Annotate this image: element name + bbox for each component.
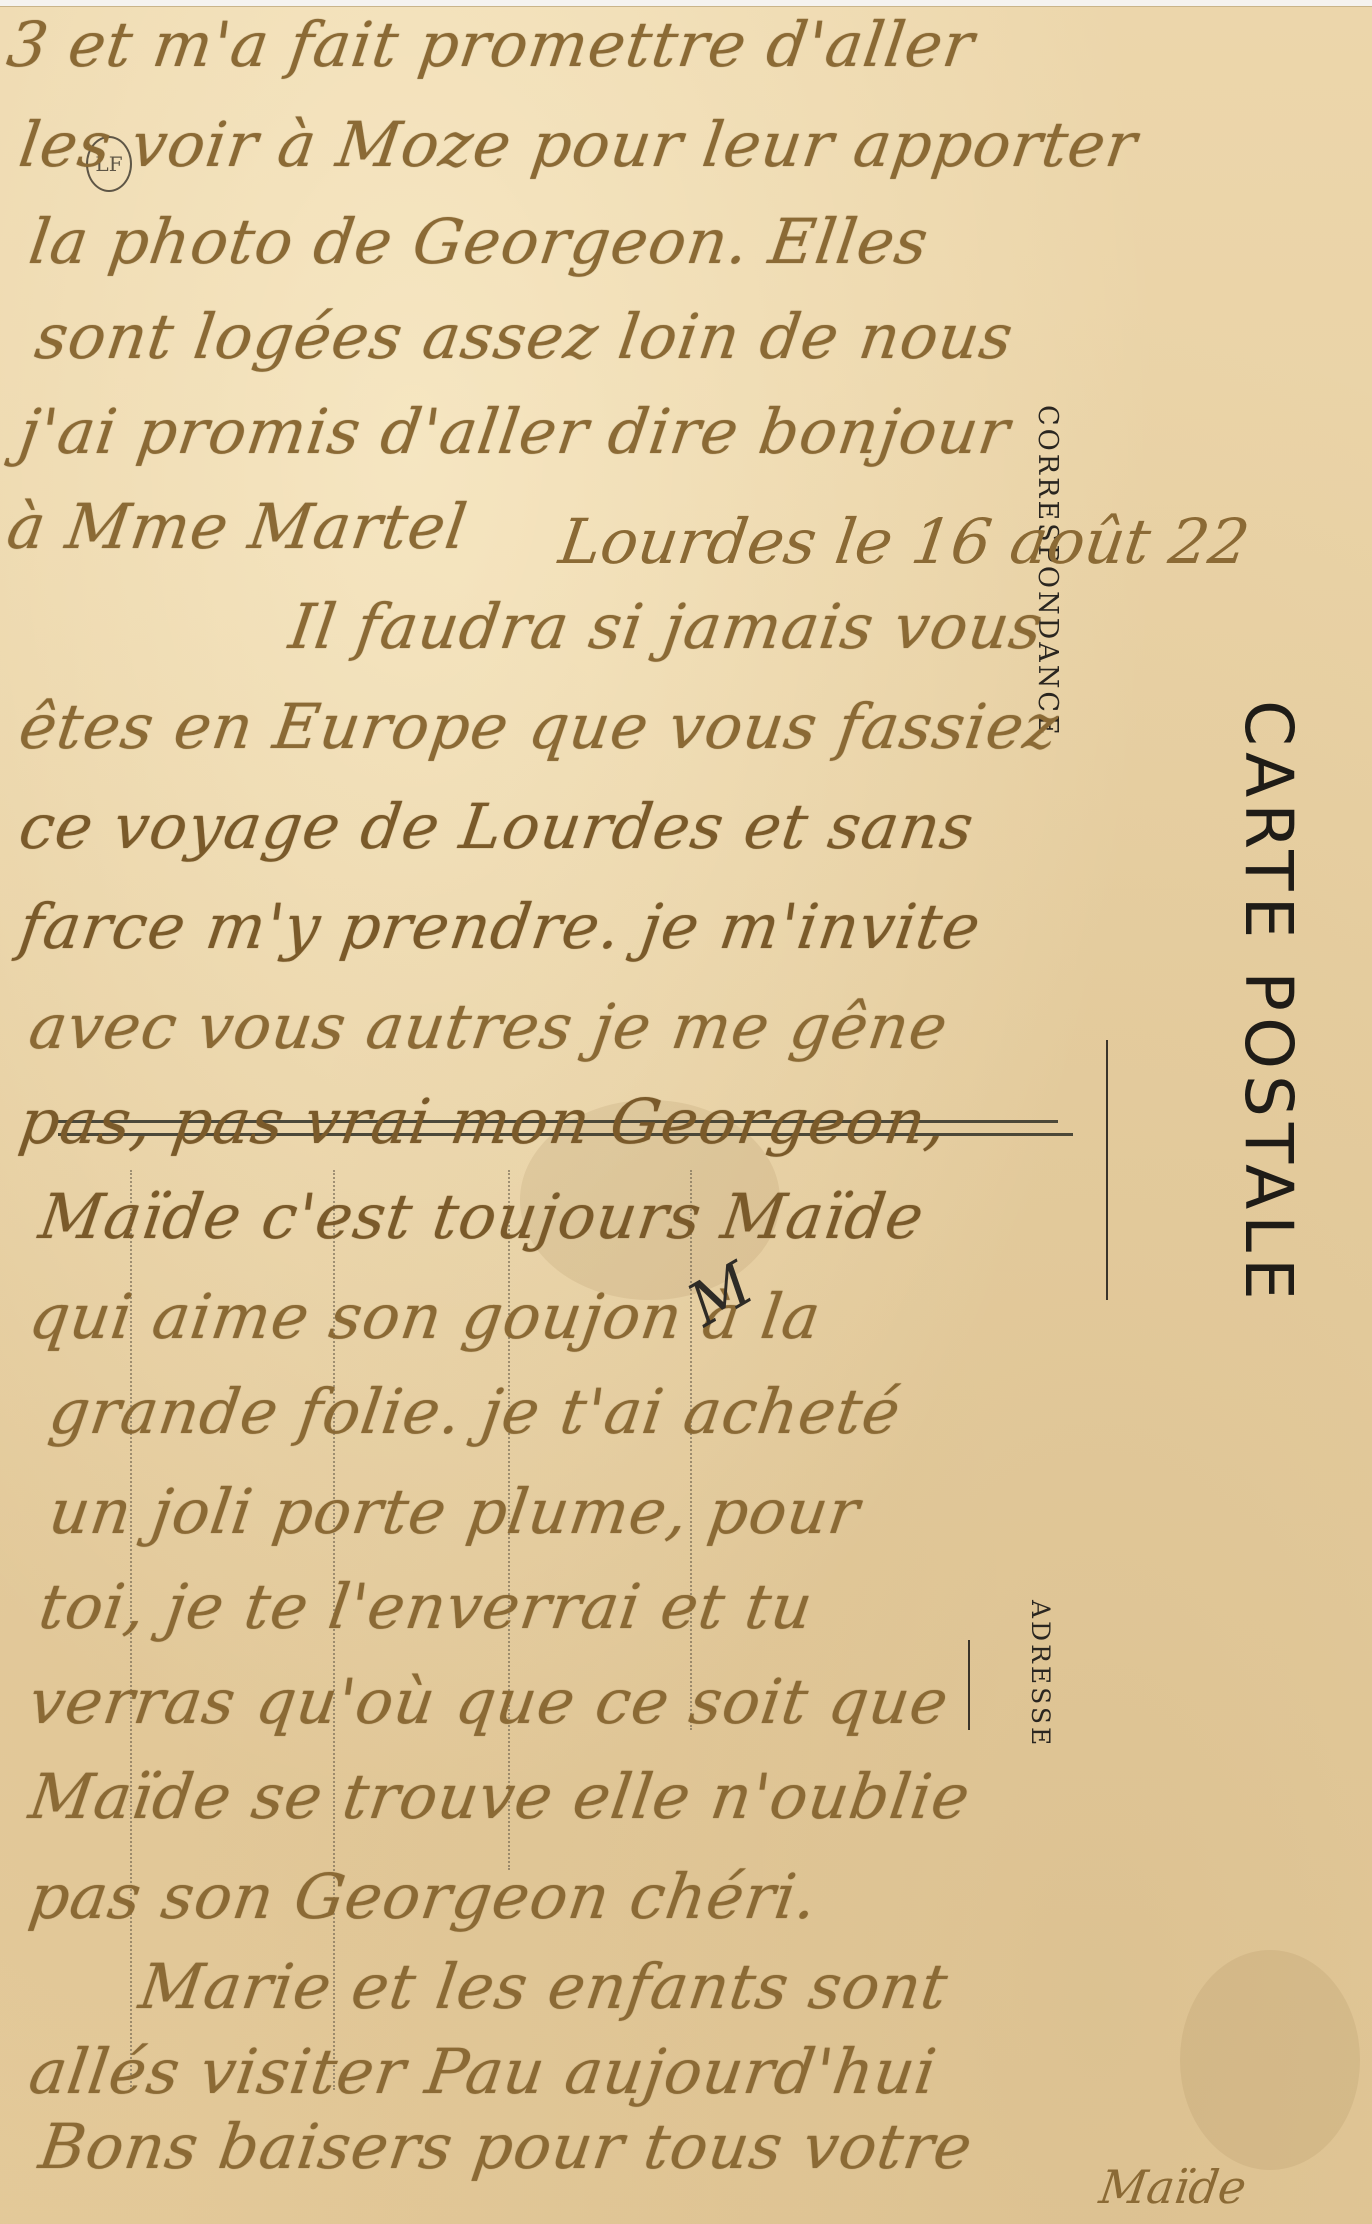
dateline: Lourdes le 16 août 22 [555, 505, 1254, 578]
divider-line [1106, 1040, 1108, 1300]
paper-stain [1180, 1950, 1360, 2170]
message-line: Marie et les enfants sont [135, 1950, 953, 2023]
message-line: pas son Georgeon chéri. [25, 1860, 822, 1933]
message-line: les voir à Moze pour leur apporter [15, 108, 1142, 181]
message-line: ce voyage de Lourdes et sans [15, 790, 979, 863]
message-line: la photo de Georgeon. Elles [25, 205, 933, 278]
address-label: ADRESSE [1026, 1600, 1055, 1748]
message-line: avec vous autres je me gêne [25, 990, 953, 1063]
message-line: j'ai promis d'aller dire bonjour [15, 395, 1015, 468]
postcard-back: LF CORRESPONDANCE CARTE POSTALE ADRESSE … [0, 0, 1372, 2224]
message-line: 3 et m'a fait promettre d'aller [3, 8, 979, 81]
message-line: Maïde se trouve elle n'oublie [25, 1760, 975, 1833]
message-line: sont logées assez loin de nous [31, 300, 1018, 373]
message-line: toi, je te l'enverrai et tu [35, 1570, 818, 1643]
address-divider-line [968, 1640, 970, 1730]
carte-postale-title: CARTE POSTALE [1230, 700, 1307, 1306]
message-line: allés visiter Pau aujourd'hui [25, 2035, 942, 2108]
signature: Maïde [1096, 2160, 1249, 2214]
card-top-edge [0, 0, 1372, 7]
message-line: pas, pas vrai mon Georgeon, [15, 1085, 952, 1158]
message-line: Il faudra si jamais vous [285, 590, 1048, 663]
message-line: Bons baisers pour tous votre [35, 2110, 977, 2183]
message-line: verras qu'où que ce soit que [25, 1665, 953, 1738]
message-line: farce m'y prendre. je m'invite [15, 890, 986, 963]
message-line: grande folie. je t'ai acheté [45, 1375, 906, 1448]
message-line: un joli porte plume, pour [45, 1475, 865, 1548]
dotted-guide [690, 1170, 692, 1730]
message-line: Maïde c'est toujours Maïde [35, 1180, 929, 1253]
message-line: êtes en Europe que vous fassiez [15, 690, 1063, 763]
message-line: à Mme Martel [3, 490, 472, 563]
